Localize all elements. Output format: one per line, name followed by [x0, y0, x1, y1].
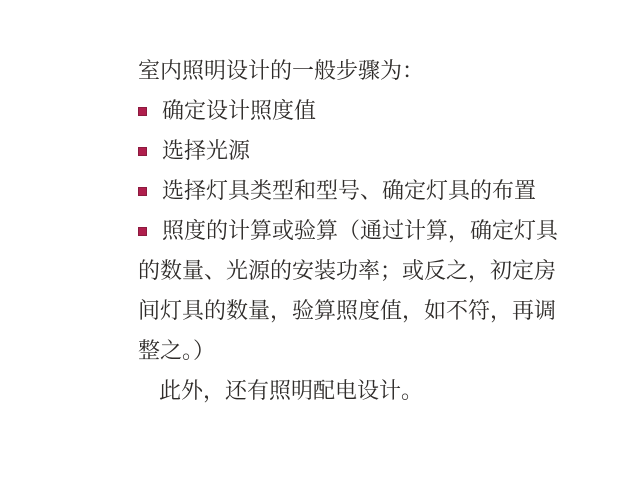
bullet-item-1-text: 确定设计照度值: [162, 99, 316, 124]
bullet-item-4-text-line-4: 整之。）: [138, 332, 570, 372]
bullet-item-4-text-line-1: 照度的计算或验算（通过计算，确定灯具: [162, 219, 558, 244]
bullet-item-3-text: 选择灯具类型和型号、确定灯具的布置: [162, 179, 536, 204]
bullet-item-4-text-line-3: 间灯具的数量，验算照度值，如不符，再调: [138, 292, 570, 332]
bullet-item-4: 照度的计算或验算（通过计算，确定灯具: [138, 212, 570, 252]
slide-title: 室内照明设计的一般步骤为：: [138, 52, 570, 92]
square-bullet-icon: [138, 187, 147, 196]
square-bullet-icon: [138, 147, 147, 156]
bullet-item-2: 选择光源: [138, 132, 570, 172]
bullet-item-1: 确定设计照度值: [138, 92, 570, 132]
square-bullet-icon: [138, 107, 147, 116]
closing-line: 此外，还有照明配电设计。: [138, 372, 570, 412]
bullet-item-3: 选择灯具类型和型号、确定灯具的布置: [138, 172, 570, 212]
bullet-item-2-text: 选择光源: [162, 139, 250, 164]
square-bullet-icon: [138, 227, 147, 236]
presentation-slide: 室内照明设计的一般步骤为： 确定设计照度值 选择光源 选择灯具类型和型号、确定灯…: [0, 0, 640, 480]
bullet-item-4-text-line-2: 的数量、光源的安装功率；或反之，初定房: [138, 252, 570, 292]
slide-text-block: 室内照明设计的一般步骤为： 确定设计照度值 选择光源 选择灯具类型和型号、确定灯…: [138, 52, 570, 412]
